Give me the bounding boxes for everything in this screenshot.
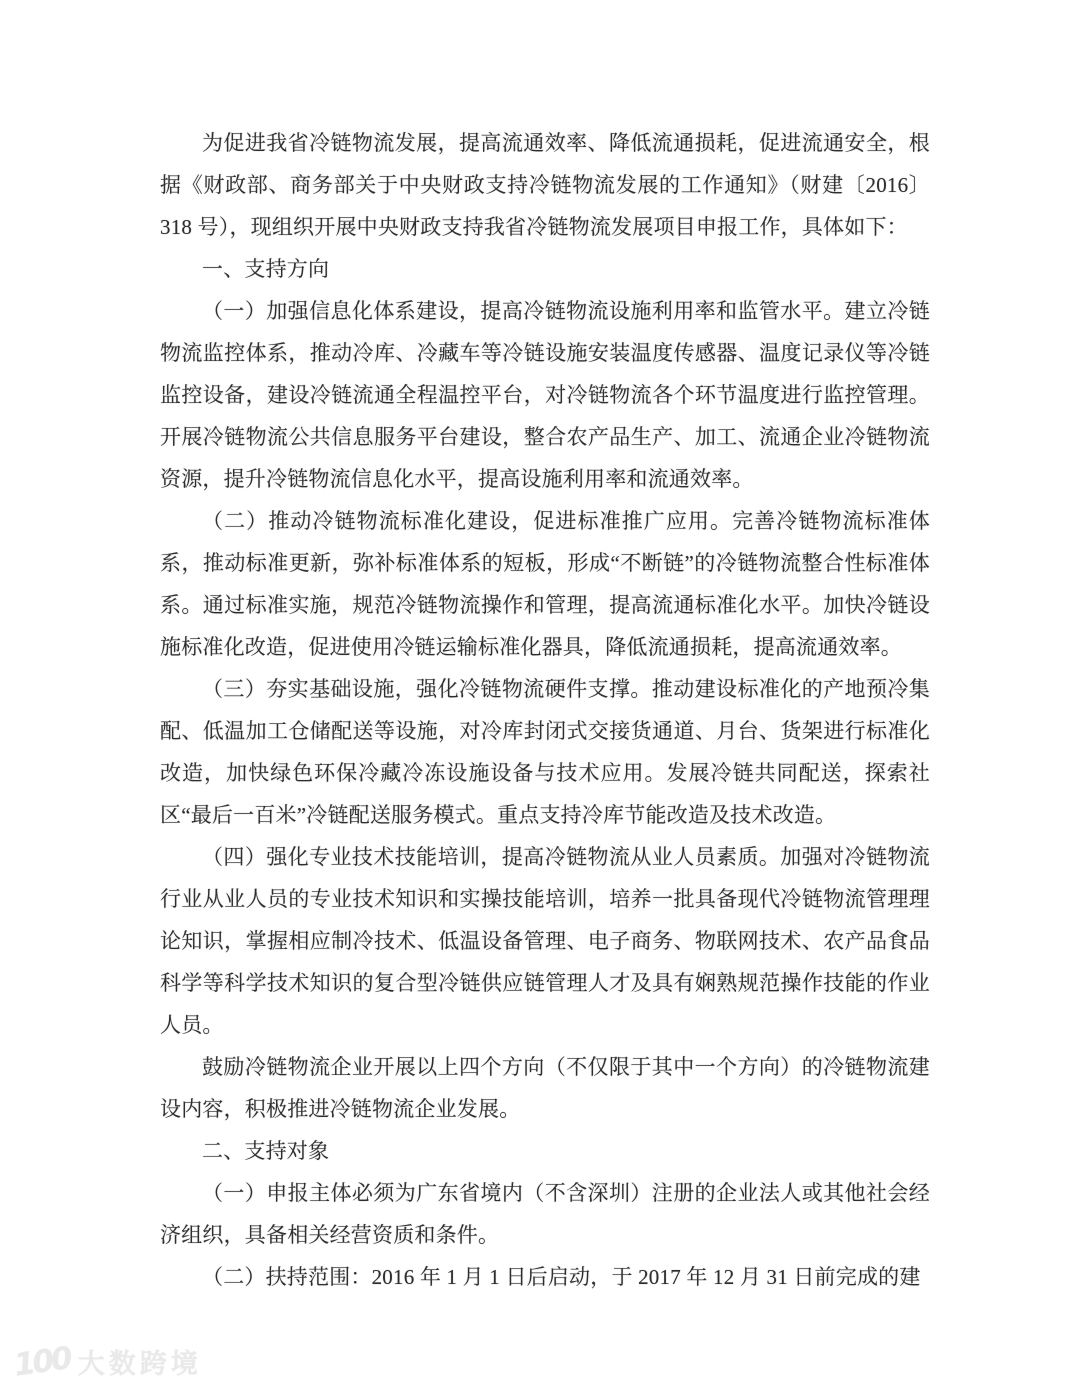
section-heading-support-targets: 二、支持对象 [160,1130,930,1172]
document-page: 为促进我省冷链物流发展，提高流通效率、降低流通损耗，促进流通安全，根据《财政部、… [0,0,1080,1397]
paragraph-direction-2-standardization: （二）推动冷链物流标准化建设，促进标准推广应用。完善冷链物流标准体系，推动标准更… [160,500,930,668]
watermark-logo-icon: 100 [12,1340,72,1383]
paragraph-intro: 为促进我省冷链物流发展，提高流通效率、降低流通损耗，促进流通安全，根据《财政部、… [160,122,930,248]
paragraph-encouragement: 鼓励冷链物流企业开展以上四个方向（不仅限于其中一个方向）的冷链物流建设内容，积极… [160,1046,930,1130]
paragraph-direction-4-training: （四）强化专业技术技能培训，提高冷链物流从业人员素质。加强对冷链物流行业从业人员… [160,836,930,1046]
paragraph-target-1-eligibility: （一）申报主体必须为广东省境内（不含深圳）注册的企业法人或其他社会经济组织，具备… [160,1172,930,1256]
paragraph-target-2-scope: （二）扶持范围：2016 年 1 月 1 日后启动，于 2017 年 12 月 … [160,1256,930,1298]
section-heading-support-directions: 一、支持方向 [160,248,930,290]
watermark-brand-text: 大数跨境 [78,1342,202,1381]
paragraph-direction-1-information-systems: （一）加强信息化体系建设，提高冷链物流设施利用率和监管水平。建立冷链物流监控体系… [160,290,930,500]
paragraph-direction-3-infrastructure: （三）夯实基础设施，强化冷链物流硬件支撑。推动建设标准化的产地预冷集配、低温加工… [160,668,930,836]
document-text: 为促进我省冷链物流发展，提高流通效率、降低流通损耗，促进流通安全，根据《财政部、… [160,122,930,1298]
watermark: 100 大数跨境 [14,1342,202,1381]
